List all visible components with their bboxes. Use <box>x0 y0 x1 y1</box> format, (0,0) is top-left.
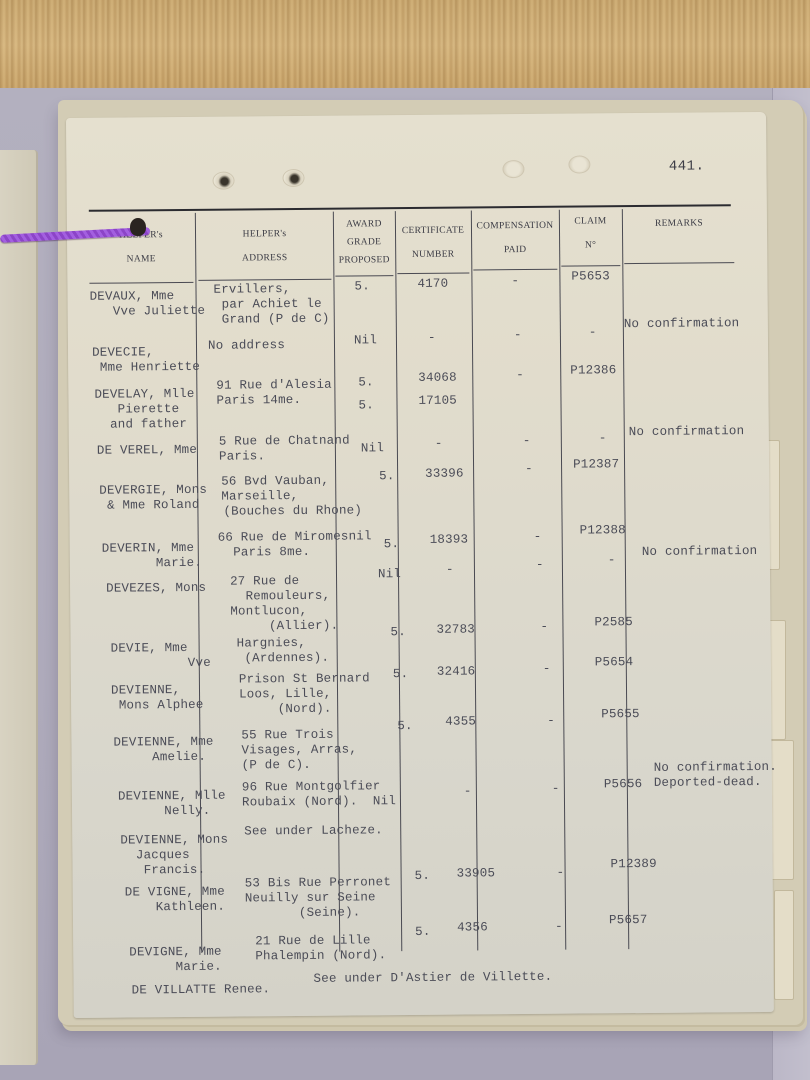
table-row-2-compensation: - <box>516 368 524 383</box>
table-row-6-certificate: - <box>446 563 454 578</box>
table-row-4-award: 5. <box>379 469 395 484</box>
table-row-11-name: DEVIENNE, Mons Jacques Francis. <box>120 833 228 879</box>
column-header-certificate: CERTIFICATENUMBER <box>397 218 469 267</box>
table-row-7-certificate: 32783 <box>436 622 475 637</box>
table-row-11-address: See under Lacheze. <box>244 823 383 839</box>
table-row-10-compensation: - <box>552 782 560 797</box>
table-row-5-certificate: 18393 <box>430 533 469 548</box>
table-row-4-address: 56 Bvd Vauban,Marseille,(Bouches du Rhon… <box>221 473 362 519</box>
table-row-6-address: 27 Rue de Remouleurs,Montlucon, (Allier)… <box>230 574 338 635</box>
table-row-0-certificate: 4170 <box>417 277 448 292</box>
table-row-9-name: DEVIENNE, Mme Amelie. <box>113 735 213 766</box>
table-row-8-certificate: 32416 <box>437 664 476 679</box>
table-row-1-compensation: - <box>514 328 522 343</box>
table-row-5-award: 5. <box>384 537 400 552</box>
column-header-award: AWARDGRADEPROPOSED <box>335 215 393 270</box>
punch-hole-blank <box>502 160 524 178</box>
table-row-8-claim: P5654 <box>595 655 634 670</box>
table-row-7-name: DEVIE, Mme Vve <box>111 641 211 672</box>
table-row-1-address: No address <box>208 338 285 354</box>
table-row-0-name: DEVAUX, Mme Vve Juliette <box>90 289 206 320</box>
table-row-4-compensation: - <box>525 462 533 477</box>
column-divider <box>471 210 478 950</box>
table-row-6-claim: - <box>608 553 616 568</box>
table-row-10-name: DEVIENNE, Mlle Nelly. <box>118 789 226 820</box>
table-row-1-certificate: - <box>428 331 436 346</box>
footer-entry-note: See under D'Astier de Villette. <box>313 970 552 987</box>
table-row-7-award: 5. <box>390 625 406 640</box>
table-row-0-award: 5. <box>354 279 370 294</box>
table-row-13-compensation: - <box>555 920 563 935</box>
table-row-0-claim: P5653 <box>571 269 610 284</box>
table-row-12-address: 53 Bis Rue PerronetNeuilly sur Seine (Se… <box>245 875 392 921</box>
table-row-10-claim: P5656 <box>604 777 643 792</box>
table-row-5-claim: P12388 <box>580 523 626 538</box>
table-row-8-name: DEVIENNE, Mons Alphee <box>111 683 204 714</box>
wooden-shelf-background <box>0 0 810 90</box>
table-row-3-compensation: - <box>523 434 531 449</box>
table-row-1-name: DEVECIE, Mme Henriette <box>92 345 200 376</box>
column-header-remarks: REMARKS <box>624 210 734 237</box>
table-row-9-claim: P5655 <box>601 707 640 722</box>
column-divider <box>559 210 566 950</box>
table-row-13-address: 21 Rue de LillePhalempin (Nord). <box>255 933 386 964</box>
ledger-sheet: 441. HELPER'sNAME HELPER'sADDRESS AWARDG… <box>66 112 774 1018</box>
table-row-7-claim: P2585 <box>594 615 633 630</box>
table-row-12-award: 5. <box>415 869 431 884</box>
table-row-8-award: 5. <box>393 667 409 682</box>
table-row-12-name: DE VIGNE, Mme Kathleen. <box>125 885 225 916</box>
table-row-0-compensation: - <box>511 274 519 289</box>
cord-punch-hole <box>130 218 146 236</box>
table-row-12-certificate: 33905 <box>457 866 496 881</box>
table-row-3-remarks: No confirmation <box>629 424 745 440</box>
table-row-9-address: 55 Rue TroisVisages, Arras,(P de C). <box>241 727 357 773</box>
table-row-2-certificate: 3406817105 <box>418 371 457 409</box>
table-row-13-certificate: 4356 <box>457 920 488 935</box>
table-row-1-remarks: No confirmation <box>624 316 740 332</box>
table-row-7-compensation: - <box>540 620 548 635</box>
table-row-6-award: Nil <box>378 567 401 582</box>
table-row-6-remarks: No confirmation <box>642 544 758 560</box>
column-header-compensation: COMPENSATIONPAID <box>473 214 557 263</box>
table-row-10-certificate: - <box>464 784 472 799</box>
column-header-claim: CLAIMN° <box>561 209 620 258</box>
table-row-3-name: DE VEREL, Mme <box>97 443 197 459</box>
table-row-9-award: 5. <box>397 719 413 734</box>
table-row-5-compensation: - <box>534 530 542 545</box>
table-row-6-compensation: - <box>536 558 544 573</box>
column-header-address: HELPER'sADDRESS <box>198 222 331 271</box>
table-row-10-remarks: No confirmation.Deported-dead. <box>654 760 777 791</box>
punch-hole <box>212 172 234 190</box>
table-row-9-compensation: - <box>547 714 555 729</box>
table-row-5-name: DEVERIN, Mme Marie. <box>102 541 202 572</box>
footer-entry-name: DE VILLATTE Renee. <box>132 982 271 998</box>
table-row-2-name: DEVELAY, Mlle Pierette and father <box>94 387 195 433</box>
table-row-3-claim: - <box>599 431 607 446</box>
table-row-9-certificate: 4355 <box>445 714 476 729</box>
table-row-8-address: Prison St BernardLoos, Lille, (Nord). <box>239 671 370 717</box>
table-row-7-address: Hargnies, (Ardennes). <box>237 636 330 667</box>
table-row-5-address: 66 Rue de Miromesnil Paris 8me. <box>218 529 372 560</box>
table-row-12-claim: P12389 <box>610 857 656 872</box>
table-row-12-compensation: - <box>557 866 565 881</box>
table-row-10-address: 96 Rue MontgolfierRoubaix (Nord). Nil <box>242 779 396 810</box>
table-row-8-compensation: - <box>543 662 551 677</box>
table-row-13-name: DEVIGNE, Mme Marie. <box>129 945 222 976</box>
table-row-13-award: 5. <box>415 925 431 940</box>
table-row-3-award: Nil <box>361 441 384 456</box>
table-row-2-claim: P12386 <box>570 363 616 378</box>
table-row-3-certificate: - <box>435 437 443 452</box>
table-row-4-claim: P12387 <box>573 457 619 472</box>
table-row-6-name: DEVEZES, Mons <box>106 581 206 597</box>
punch-hole <box>282 169 304 187</box>
table-row-1-award: Nil <box>354 333 377 348</box>
table-row-13-claim: P5657 <box>609 913 648 928</box>
table-row-4-certificate: 33396 <box>425 467 464 482</box>
table-row-3-address: 5 Rue de ChatnandParis. <box>219 434 350 465</box>
punch-hole-blank <box>568 155 590 173</box>
table-row-2-award: 5.5. <box>358 375 374 413</box>
table-row-4-name: DEVERGIE, Mons & Mme Roland <box>99 483 207 514</box>
table-row-0-address: Ervillers,par Achiet leGrand (P de C) <box>213 282 329 328</box>
page-number: 441. <box>669 158 705 174</box>
adjacent-left-page <box>0 150 38 1065</box>
table-row-2-address: 91 Rue d'AlesiaParis 14me. <box>216 378 332 409</box>
table-row-1-claim: - <box>589 325 597 340</box>
